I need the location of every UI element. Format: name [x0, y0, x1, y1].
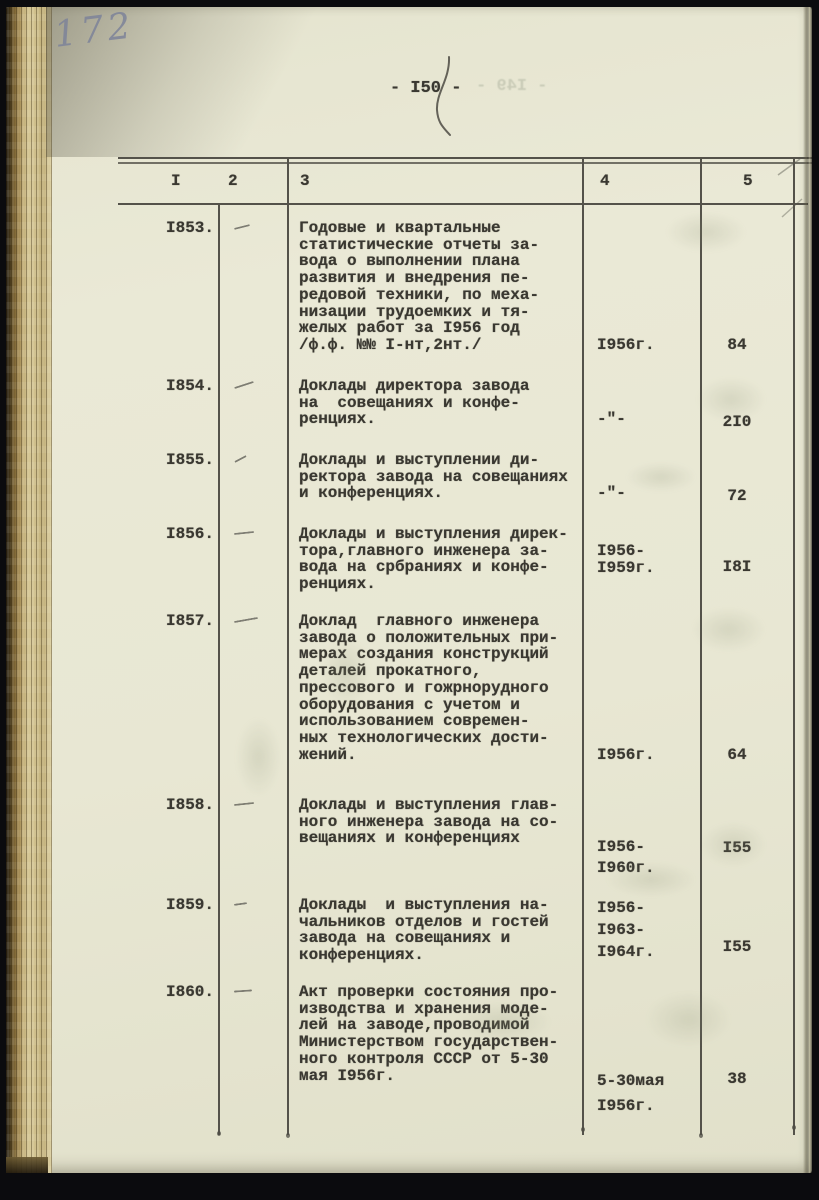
row-page-count: 38 [706, 1071, 768, 1088]
row-description-line: желых работ за I956 год [299, 320, 591, 337]
row-description-line: Доклады и выступлении ди- [299, 452, 591, 469]
row-description: Доклады и выступления на-чальников отдел… [299, 897, 591, 964]
row-dates: -"- [597, 485, 701, 502]
paper-page: 172 - I50 - - I49 - I 2 3 4 5 I853.Годов… [6, 7, 812, 1173]
row-description-line: завода о положительных при- [299, 630, 591, 647]
handwritten-tick-mark [234, 381, 254, 389]
row-description-line: Годовые и квартальные [299, 220, 591, 237]
row-description-line: завода на совещаниях и [299, 930, 591, 947]
scanned-archive-page: 172 - I50 - - I49 - I 2 3 4 5 I853.Годов… [0, 0, 819, 1200]
row-description: Доклады и выступления глав-ного инженера… [299, 797, 591, 847]
handwritten-tick-mark [234, 224, 250, 230]
row-page-count: 72 [706, 488, 768, 505]
row-page-count: 2I0 [706, 414, 768, 431]
handwritten-tick-mark [234, 617, 258, 623]
row-description-line: деталей прокатного, [299, 663, 591, 680]
row-description-line: ренциях. [299, 411, 591, 428]
row-number: I859. [166, 897, 214, 914]
row-number: I860. [166, 984, 214, 1001]
row-dates: I956г. [597, 747, 701, 764]
row-description-line: статистические отчеты за- [299, 237, 591, 254]
row-description-line: оборудования с учетом и [299, 697, 591, 714]
row-description-line: изводства и хранения моде- [299, 1001, 591, 1018]
row-description-line: использованием современ- [299, 713, 591, 730]
row-description-line: вода о выполнении плана [299, 253, 591, 270]
row-description: Доклады директора заводана совещаниях и … [299, 378, 591, 428]
row-number: I858. [166, 797, 214, 814]
row-description-line: ренциях. [299, 576, 591, 593]
row-description: Доклады и выступления дирек-тора,главног… [299, 526, 591, 593]
table-body: I853.Годовые и квартальныестатистические… [6, 7, 812, 1173]
row-page-count: I8I [706, 559, 768, 576]
row-date-line: I960г. [597, 858, 701, 879]
handwritten-tick-mark [234, 902, 247, 906]
row-date-line: I956г. [597, 337, 701, 354]
row-description-line: /ф.ф. №№ I-нт,2нт./ [299, 337, 591, 354]
row-description-line: ного контроля СССР от 5-30 [299, 1051, 591, 1068]
row-date-line: I956- [597, 543, 701, 560]
row-description-line: жений. [299, 747, 591, 764]
handwritten-tick-mark [234, 455, 246, 463]
handwritten-tick-mark [234, 531, 254, 535]
row-dates: I956-I959г. [597, 543, 701, 577]
row-description-line: ного инженера завода на со- [299, 814, 591, 831]
row-description-line: Доклады директора завода [299, 378, 591, 395]
row-number: I853. [166, 220, 214, 237]
row-description: Доклады и выступлении ди-ректора завода … [299, 452, 591, 502]
row-description-line: прессового и гожрнорудного [299, 680, 591, 697]
row-date-line: I956- [597, 897, 701, 919]
row-date-line: I959г. [597, 560, 701, 577]
row-page-count: 84 [706, 337, 768, 354]
row-description-line: Доклады и выступления дирек- [299, 526, 591, 543]
row-description-line: чальников отделов и гостей [299, 914, 591, 931]
row-date-line: I956- [597, 837, 701, 858]
book-bottom-edge [6, 1157, 48, 1173]
row-description-line: вода на србраниях и конфе- [299, 559, 591, 576]
row-date-line: 5-30мая [597, 1069, 701, 1094]
row-date-line: I956г. [597, 747, 701, 764]
row-description: Акт проверки состояния про-изводства и х… [299, 984, 591, 1084]
row-dates: I956-I960г. [597, 837, 701, 879]
row-date-line: -"- [597, 485, 701, 502]
row-page-count: I55 [706, 939, 768, 956]
row-number: I855. [166, 452, 214, 469]
row-dates: I956г. [597, 337, 701, 354]
row-description-line: редовой техники, по меха- [299, 287, 591, 304]
handwritten-tick-mark [234, 989, 252, 992]
row-description-line: и конференциях. [299, 485, 591, 502]
row-date-line: I964г. [597, 941, 701, 963]
row-number: I854. [166, 378, 214, 395]
row-date-line: I963- [597, 919, 701, 941]
row-description-line: ных технологических дости- [299, 730, 591, 747]
page-crease [803, 7, 812, 1173]
row-description-line: мерах создания конструкций [299, 646, 591, 663]
row-page-count: I55 [706, 840, 768, 857]
row-description-line: тора,главного инженера за- [299, 543, 591, 560]
row-description-line: ректора завода на совещаниях [299, 469, 591, 486]
row-description-line: Акт проверки состояния про- [299, 984, 591, 1001]
row-page-count: 64 [706, 747, 768, 764]
row-number: I856. [166, 526, 214, 543]
row-date-line: -"- [597, 411, 701, 428]
row-description-line: Доклады и выступления глав- [299, 797, 591, 814]
row-description: Годовые и квартальныестатистические отче… [299, 220, 591, 354]
row-dates: I956-I963-I964г. [597, 897, 701, 963]
row-description-line: на совещаниях и конфе- [299, 395, 591, 412]
row-description-line: лей на заводе,проводимой [299, 1017, 591, 1034]
row-description-line: конференциях. [299, 947, 591, 964]
handwritten-tick-mark [234, 802, 254, 806]
row-description-line: вещаниях и конференциях [299, 830, 591, 847]
row-description-line: развития и внедрения пе- [299, 270, 591, 287]
row-dates: 5-30маяI956г. [597, 1069, 701, 1119]
row-description-line: Доклад главного инженера [299, 613, 591, 630]
row-description-line: мая I956г. [299, 1068, 591, 1085]
row-description-line: Доклады и выступления на- [299, 897, 591, 914]
row-description-line: Министерством государствен- [299, 1034, 591, 1051]
row-date-line: I956г. [597, 1094, 701, 1119]
row-description-line: низации трудоемких и тя- [299, 304, 591, 321]
row-description: Доклад главного инженеразавода о положит… [299, 613, 591, 763]
row-number: I857. [166, 613, 214, 630]
row-dates: -"- [597, 411, 701, 428]
